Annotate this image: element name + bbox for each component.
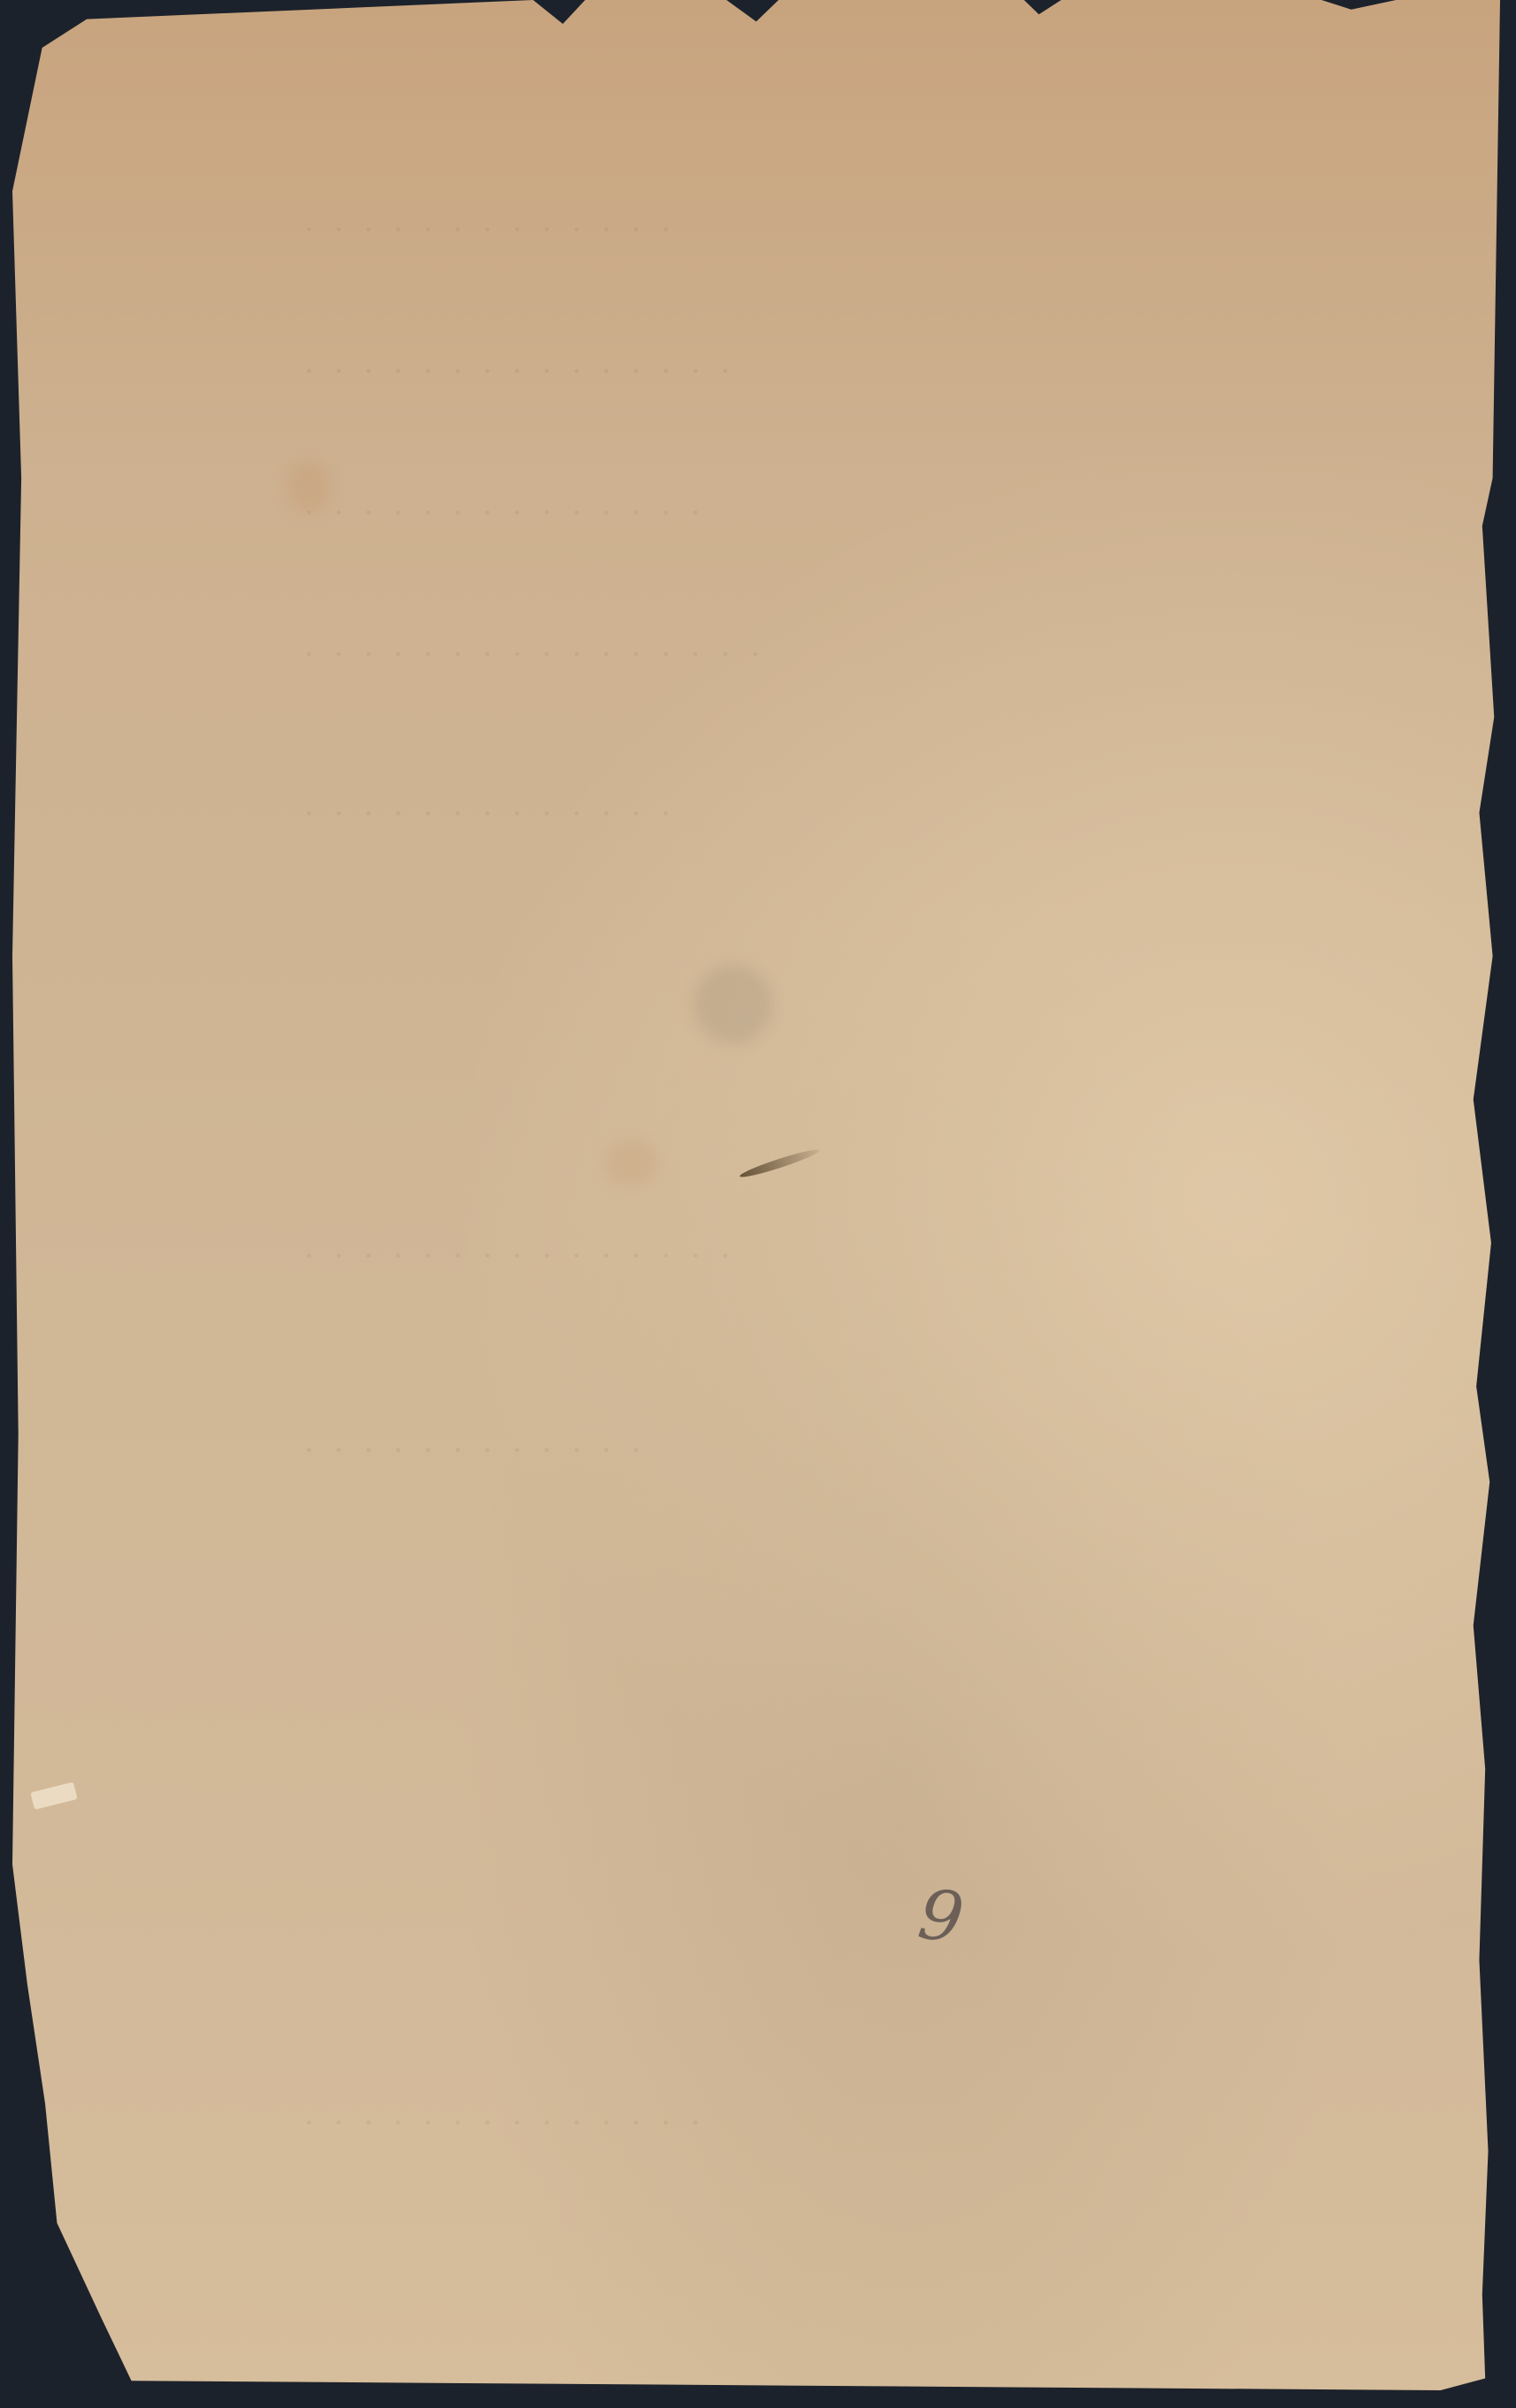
handwritten-page-number: 9	[915, 1880, 968, 1954]
bleed-through-line: · · · · · · · · · · · ·	[304, 1433, 1233, 1469]
bleed-through-line: · · · · · · · · · · · · · · ·	[304, 354, 1233, 389]
stain-mark	[605, 1141, 658, 1185]
stain-mark	[693, 964, 773, 1044]
bleed-through-line: · · · · · · · · · · · · · · ·	[304, 1239, 1233, 1274]
bleed-through-line: · · · · · · · · · · · · · · · ·	[304, 637, 1233, 672]
stain-mark	[287, 460, 331, 513]
ink-smudge	[739, 1146, 821, 1181]
bleed-through-line: · · · · · · · · · · · · · ·	[304, 495, 1233, 531]
bleed-through-line: · · · · · · · · · · · · ·	[304, 212, 1233, 248]
bleed-through-line: · · · · · · · · · · · · ·	[304, 796, 1233, 832]
paper-repair-tab	[30, 1782, 77, 1810]
paper-page: · · · · · · · · · · · · · · · · · · · · …	[12, 0, 1500, 2390]
bleed-through-line: · · · · · · · · · · · · · ·	[304, 2105, 1233, 2141]
